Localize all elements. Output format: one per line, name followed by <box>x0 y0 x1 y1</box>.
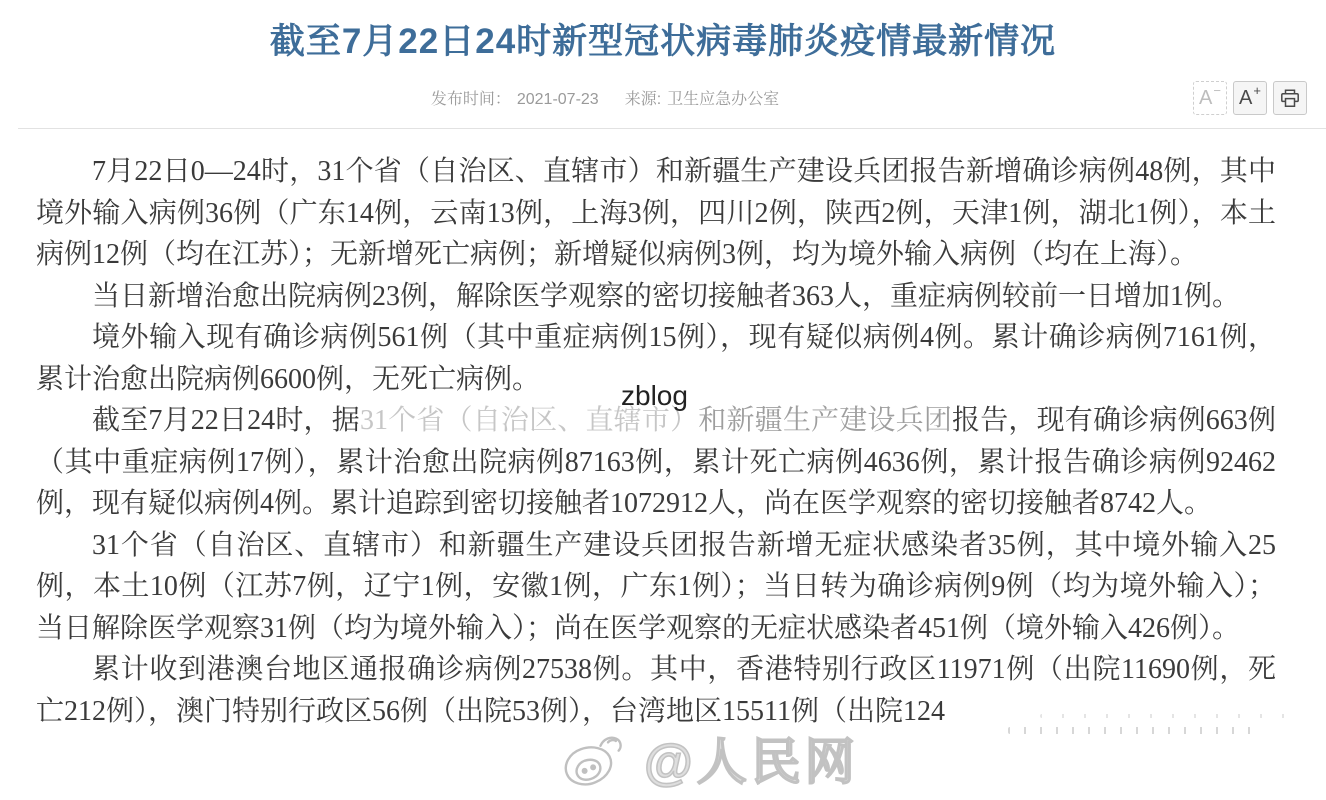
weibo-handle: @人民网 <box>644 733 859 791</box>
print-button[interactable] <box>1273 81 1307 115</box>
source-label: 来源: <box>625 91 661 108</box>
header-divider <box>18 128 1326 129</box>
font-decrease-button[interactable]: A− <box>1193 81 1227 115</box>
page-title: 截至7月22日24时新型冠状病毒肺炎疫情最新情况 <box>0 14 1326 64</box>
plus-sign: + <box>1253 76 1261 106</box>
article-page: 截至7月22日24时新型冠状病毒肺炎疫情最新情况 发布时间：2021-07-23… <box>0 0 1326 800</box>
watermark-zblog: zblog <box>621 380 688 412</box>
weibo-doodle-icon <box>547 726 643 800</box>
publish-time-label: 发布时间： <box>431 91 511 108</box>
font-increase-button[interactable]: A+ <box>1233 81 1267 115</box>
font-increase-letter: A <box>1239 83 1252 113</box>
publish-time-value: 2021-07-23 <box>517 91 599 108</box>
article-body: 7月22日0—24时，31个省（自治区、直辖市）和新疆生产建设兵团报告新增确诊病… <box>36 151 1276 732</box>
text-segment-faded: 和新疆生产建设兵团 <box>698 405 952 436</box>
watermark-weibo: @人民网 <box>552 733 859 800</box>
font-print-toolbar: A− A+ <box>1193 81 1307 115</box>
paragraph-cumulative-totals: 截至7月22日24时，据31个省（自治区、直辖市）和新疆生产建设兵团报告，现有确… <box>36 400 1276 525</box>
article-meta: 发布时间：2021-07-23来源:卫生应急办公室 <box>0 86 1268 109</box>
erased-text-residue <box>1008 727 1258 734</box>
paragraph-asymptomatic: 31个省（自治区、直辖市）和新疆生产建设兵团报告新增无症状感染者35例，其中境外… <box>36 525 1276 650</box>
minus-sign: − <box>1213 76 1221 106</box>
erased-text-residue <box>1040 714 1302 718</box>
print-icon <box>1280 89 1300 108</box>
font-decrease-letter: A <box>1199 83 1212 113</box>
text-segment: 截至7月22日24时，据 <box>92 405 360 436</box>
paragraph-new-cases: 7月22日0—24时，31个省（自治区、直辖市）和新疆生产建设兵团报告新增确诊病… <box>36 151 1276 276</box>
source-value: 卫生应急办公室 <box>667 91 779 108</box>
paragraph-recovered: 当日新增治愈出院病例23例，解除医学观察的密切接触者363人，重症病例较前一日增… <box>36 276 1276 318</box>
